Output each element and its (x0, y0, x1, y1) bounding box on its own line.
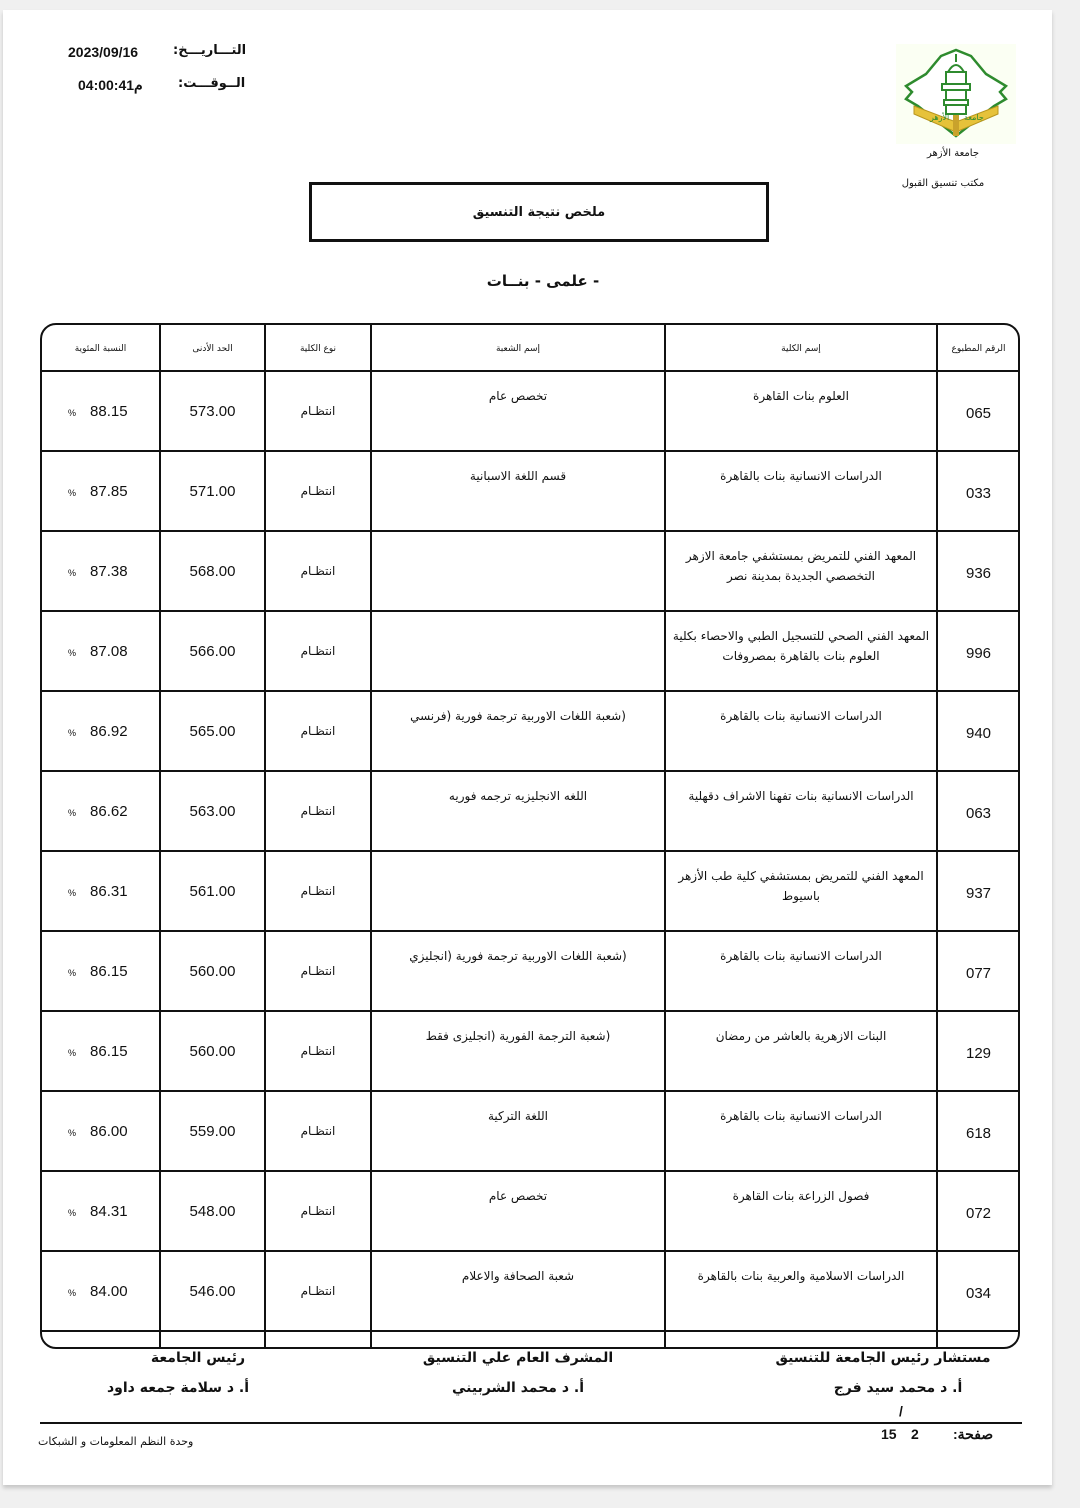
cell-percentage: %86.15 (42, 1011, 160, 1091)
cell-code: 063 (937, 771, 1019, 851)
cell-college: فصول الزراعة بنات القاهرة (665, 1171, 937, 1251)
cell-percentage: %84.00 (42, 1251, 160, 1331)
cell-code: 937 (937, 851, 1019, 931)
percent-sign: % (68, 568, 76, 578)
al-azhar-logo-icon: الأزهر جامعة (896, 44, 1016, 144)
cell-type: انتظـام (265, 1171, 371, 1251)
cell-min-score: 546.00 (160, 1251, 265, 1331)
cell-college: الدراسات الانسانية بنات تفهنا الاشراف دق… (665, 771, 937, 851)
percentage-value: 86.62 (90, 803, 128, 820)
cell-code: 615 (937, 1331, 1019, 1349)
column-header-code: الرقم المطبوع (937, 325, 1019, 371)
cell-min-score: 566.00 (160, 611, 265, 691)
table-row: 618 الدراسات الانسانية بنات بالقاهرة الل… (42, 1091, 1019, 1171)
percentage-value: 84.31 (90, 1203, 128, 1220)
time-label: الــوقـــت: (178, 76, 245, 91)
cell-code: 072 (937, 1171, 1019, 1251)
percentage-value: 88.15 (90, 403, 128, 420)
table-row: 077 الدراسات الانسانية بنات بالقاهرة (شع… (42, 931, 1019, 1011)
cell-min-score: 573.00 (160, 371, 265, 451)
cell-code: 034 (937, 1251, 1019, 1331)
date-value: 2023/09/16 (68, 44, 138, 60)
table-row: 129 البنات الازهرية بالعاشر من رمضان (شع… (42, 1011, 1019, 1091)
cell-type: انتظـام (265, 1091, 371, 1171)
signature-supervisor: المشرف العام علي التنسيق أ. د محمد الشرب… (398, 1350, 638, 1396)
cell-percentage: %87.38 (42, 531, 160, 611)
cell-code: 936 (937, 531, 1019, 611)
office-name: مكتب تنسيق القبول (888, 178, 998, 189)
report-title: ملخص نتيجة التنسيق (309, 182, 769, 242)
svg-text:جامعة: جامعة (964, 113, 984, 122)
cell-percentage: %83.38 (42, 1331, 160, 1349)
cell-percentage: %87.08 (42, 611, 160, 691)
cell-code: 065 (937, 371, 1019, 451)
percentage-value: 86.15 (90, 963, 128, 980)
cell-college: الدراسات الانسانية بنات بالقاهرة (665, 1331, 937, 1349)
table-row: 615 الدراسات الانسانية بنات بالقاهرة الل… (42, 1331, 1019, 1349)
column-header-percentage: النسبة المئوية (42, 325, 160, 371)
signature-title: مستشار رئيس الجامعة للتنسيق (763, 1350, 1003, 1366)
cell-percentage: %86.92 (42, 691, 160, 771)
university-name: جامعة الأزهر (903, 148, 1003, 159)
cell-min-score: 559.00 (160, 1091, 265, 1171)
cell-code: 077 (937, 931, 1019, 1011)
cell-branch (371, 851, 665, 931)
cell-college: الدراسات الانسانية بنات بالقاهرة (665, 1091, 937, 1171)
percentage-value: 86.15 (90, 1043, 128, 1060)
cell-type: انتظـام (265, 1011, 371, 1091)
percentage-value: 86.00 (90, 1123, 128, 1140)
column-header-college: إسم الكلية (665, 325, 937, 371)
cell-branch: (شعبة الترجمة الفورية (انجليزى فقط (371, 1011, 665, 1091)
cell-branch: اللغه الانجليزيه ترجمه فوريه (371, 771, 665, 851)
percent-sign: % (68, 408, 76, 418)
column-header-min-score: الحد الأدنى (160, 325, 265, 371)
cell-percentage: %86.31 (42, 851, 160, 931)
percentage-value: 86.92 (90, 723, 128, 740)
cell-percentage: %86.62 (42, 771, 160, 851)
footer-divider (40, 1422, 1022, 1424)
cell-percentage: %84.31 (42, 1171, 160, 1251)
table-row: 072 فصول الزراعة بنات القاهرة تخصص عام ا… (42, 1171, 1019, 1251)
table-row: 033 الدراسات الانسانية بنات بالقاهرة قسم… (42, 451, 1019, 531)
cell-type: انتظـام (265, 611, 371, 691)
time-value: 04:00:41م (78, 77, 143, 94)
cell-type: انتظـام (265, 771, 371, 851)
report-subtitle: - علمى - بنــات (433, 272, 653, 290)
percent-sign: % (68, 648, 76, 658)
percent-sign: % (68, 1288, 76, 1298)
cell-code: 033 (937, 451, 1019, 531)
percent-sign: % (68, 728, 76, 738)
cell-min-score: 571.00 (160, 451, 265, 531)
percent-sign: % (68, 488, 76, 498)
percentage-value: 84.00 (90, 1283, 128, 1300)
cell-college: البنات الازهرية بالعاشر من رمضان (665, 1011, 937, 1091)
percentage-value: 87.85 (90, 483, 128, 500)
percentage-value: 87.38 (90, 563, 128, 580)
cell-code: 129 (937, 1011, 1019, 1091)
cell-college: الدراسات الانسانية بنات بالقاهرة (665, 931, 937, 1011)
cell-college: المعهد الفني للتمريض بمستشفي جامعة الازه… (665, 531, 937, 611)
percent-sign: % (68, 1128, 76, 1138)
cell-type: انتظـام (265, 451, 371, 531)
page-separator: / (899, 1403, 903, 1419)
document-page: التـــاريـــخ: 2023/09/16 الــوقـــت: 04… (3, 10, 1052, 1485)
cell-branch: (شعبة اللغات الاوربية ترجمة فورية (فرنسي (371, 691, 665, 771)
signature-title: المشرف العام علي التنسيق (398, 1350, 638, 1366)
percent-sign: % (68, 968, 76, 978)
cell-branch: قسم اللغة الاسبانية (371, 451, 665, 531)
table-row: 996 المعهد الفني الصحي للتسجيل الطبي وال… (42, 611, 1019, 691)
column-header-branch: إسم الشعبة (371, 325, 665, 371)
cell-min-score: 561.00 (160, 851, 265, 931)
cell-branch: (شعبة اللغات الاوربية ترجمة فورية (انجلي… (371, 931, 665, 1011)
cell-min-score: 560.00 (160, 1011, 265, 1091)
cell-type: انتظـام (265, 371, 371, 451)
percent-sign: % (68, 888, 76, 898)
page-current: 2 (911, 1426, 919, 1442)
percent-sign: % (68, 808, 76, 818)
table-row: 937 المعهد الفني للتمريض بمستشفي كلية طب… (42, 851, 1019, 931)
signature-name: أ. د سلامة جمعه داود (73, 1380, 283, 1396)
table-row: 940 الدراسات الانسانية بنات بالقاهرة (شع… (42, 691, 1019, 771)
svg-text:الأزهر: الأزهر (929, 112, 949, 122)
table-row: 065 العلوم بنات القاهرة تخصص عام انتظـام… (42, 371, 1019, 451)
table-row: 034 الدراسات الاسلامية والعربية بنات بال… (42, 1251, 1019, 1331)
cell-type: انتظـام (265, 931, 371, 1011)
cell-college: العلوم بنات القاهرة (665, 371, 937, 451)
cell-branch (371, 611, 665, 691)
table-row: 063 الدراسات الانسانية بنات تفهنا الاشرا… (42, 771, 1019, 851)
cell-min-score: 542.00 (160, 1331, 265, 1349)
cell-percentage: %86.15 (42, 931, 160, 1011)
cell-code: 618 (937, 1091, 1019, 1171)
date-label: التـــاريـــخ: (173, 43, 246, 58)
percentage-value: 87.08 (90, 643, 128, 660)
table-row: 936 المعهد الفني للتمريض بمستشفي جامعة ا… (42, 531, 1019, 611)
cell-college: الدراسات الاسلامية والعربية بنات بالقاهر… (665, 1251, 937, 1331)
percentage-value: 86.31 (90, 883, 128, 900)
signature-president: رئيس الجامعة أ. د سلامة جمعه داود (73, 1350, 283, 1396)
page-label: صفحة: (953, 1426, 993, 1443)
cell-branch: تخصص عام (371, 1171, 665, 1251)
cell-branch (371, 531, 665, 611)
cell-college: الدراسات الانسانية بنات بالقاهرة (665, 691, 937, 771)
cell-percentage: %86.00 (42, 1091, 160, 1171)
cell-min-score: 563.00 (160, 771, 265, 851)
cell-branch: اللغة الاوردية (371, 1331, 665, 1349)
cell-min-score: 560.00 (160, 931, 265, 1011)
cell-percentage: %88.15 (42, 371, 160, 451)
signature-name: أ. د محمد الشربيني (398, 1380, 638, 1396)
cell-type: انتظـام (265, 1251, 371, 1331)
cell-type: انتظـام (265, 1331, 371, 1349)
unit-name: وحدة النظم المعلومات و الشبكات (38, 1435, 193, 1448)
signature-title: رئيس الجامعة (73, 1350, 283, 1366)
cell-college: المعهد الفني للتمريض بمستشفي كلية طب الأ… (665, 851, 937, 931)
cell-branch: شعبة الصحافة والاعلام (371, 1251, 665, 1331)
page-total: 15 (881, 1426, 897, 1442)
column-header-type: نوع الكلية (265, 325, 371, 371)
cell-code: 940 (937, 691, 1019, 771)
cell-type: انتظـام (265, 691, 371, 771)
cell-branch: اللغة التركية (371, 1091, 665, 1171)
cell-min-score: 548.00 (160, 1171, 265, 1251)
cell-college: المعهد الفني الصحي للتسجيل الطبي والاحصا… (665, 611, 937, 691)
cell-branch: تخصص عام (371, 371, 665, 451)
cell-percentage: %87.85 (42, 451, 160, 531)
cell-type: انتظـام (265, 851, 371, 931)
cell-min-score: 568.00 (160, 531, 265, 611)
signature-name: أ. د محمد سيد فرج (763, 1380, 1003, 1396)
cell-code: 996 (937, 611, 1019, 691)
cell-min-score: 565.00 (160, 691, 265, 771)
percent-sign: % (68, 1048, 76, 1058)
results-table: الرقم المطبوع إسم الكلية إسم الشعبة نوع … (42, 325, 1019, 1349)
cell-college: الدراسات الانسانية بنات بالقاهرة (665, 451, 937, 531)
percent-sign: % (68, 1208, 76, 1218)
results-table-frame: الرقم المطبوع إسم الكلية إسم الشعبة نوع … (40, 323, 1020, 1349)
signature-advisor: مستشار رئيس الجامعة للتنسيق أ. د محمد سي… (763, 1350, 1003, 1396)
table-header-row: الرقم المطبوع إسم الكلية إسم الشعبة نوع … (42, 325, 1019, 371)
cell-type: انتظـام (265, 531, 371, 611)
